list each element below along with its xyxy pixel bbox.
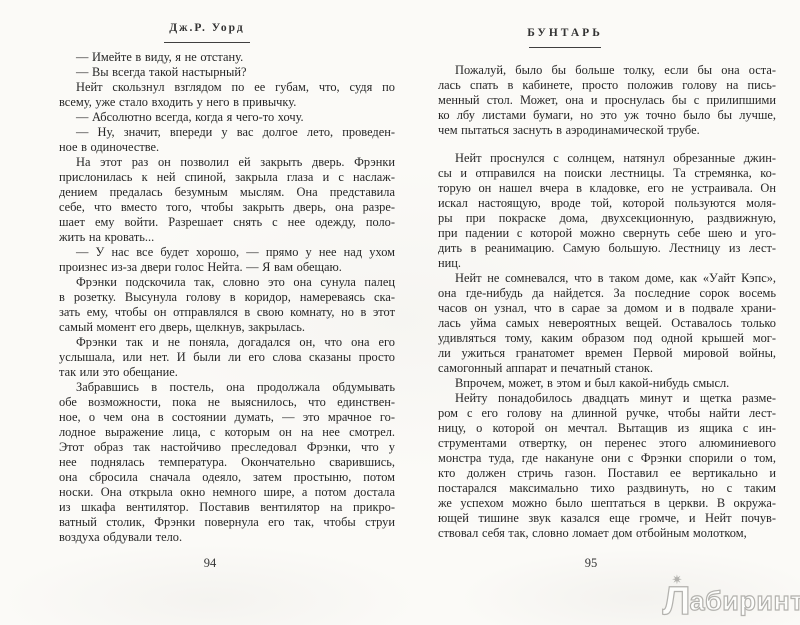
text-line: жить на кровать...	[59, 230, 395, 245]
text-line: Нейт скользнул взглядом по ее губам, что…	[59, 80, 395, 95]
text-line: удивляться тому, каким образом под одной…	[438, 331, 776, 346]
text-line: Забравшись в постель, она продолжала обд…	[59, 380, 395, 395]
text-line: ром с его голову на длинной ручке, чтобы…	[438, 406, 776, 421]
text-line: Пожалуй, было бы больше толку, если бы о…	[438, 63, 776, 78]
page-number: 95	[422, 556, 760, 571]
text-line: Нейт не сомневался, что в таком доме, ка…	[438, 271, 776, 286]
text-line: ли ужиться гранатомет времен Первой миро…	[438, 346, 776, 361]
header-rule	[529, 47, 601, 48]
paragraph: Нейту понадобилось двадцать минут и щетк…	[438, 391, 776, 541]
text-line: ницу, о которой он мечтал. Вытащив из ящ…	[438, 421, 776, 436]
text-line: зать ему, чтобы он отправлялся в свою ко…	[59, 305, 395, 320]
text-line: ватный столик, Фрэнки повернула его так,…	[59, 515, 395, 530]
paragraph: Нейт скользнул взглядом по ее губам, что…	[59, 80, 395, 110]
body-text: Пожалуй, было бы больше толку, если бы о…	[438, 63, 776, 541]
text-line: из шкафа вентилятор. Поставив вентилятор…	[59, 500, 395, 515]
text-line: ниц.	[438, 256, 776, 271]
text-line: струментами отвертку, он перенес этого а…	[438, 436, 776, 451]
header-rule	[164, 42, 250, 43]
book-spread: Дж.Р. Уорд — Имейте в виду, я не отстану…	[0, 0, 800, 625]
text-line: Впрочем, может, в этом и был какой-нибуд…	[438, 376, 776, 391]
running-head-title: БУНТАРЬ	[396, 27, 734, 39]
paragraph: Впрочем, может, в этом и был какой-нибуд…	[438, 376, 776, 391]
paragraph: На этот раз он позволил ей закрыть дверь…	[59, 155, 395, 245]
paragraph: Фрэнки так и не поняла, догадался он, чт…	[59, 335, 395, 380]
text-line: произнес из-за двери голос Нейта. — Я ва…	[59, 260, 395, 275]
text-line: же успехом можно было шептаться в церкви…	[438, 496, 776, 511]
text-line: Фрэнки так и не поняла, догадался он, чт…	[59, 335, 395, 350]
text-line: прислонилась к ней спиной, закрыла глаза…	[59, 170, 395, 185]
text-line: Фрэнки подскочила так, словно это она су…	[59, 275, 395, 290]
text-line: себе, что вместо того, чтобы закрыть две…	[59, 200, 395, 215]
text-line: сы и отправился на поиски лестницы. Та с…	[438, 166, 776, 181]
text-line: — Ну, значит, впереди у вас долгое лето,…	[59, 125, 395, 140]
text-line: монстра туда, где накануне они с Фрэнки …	[438, 451, 776, 466]
text-line: воздуха обдували тело.	[59, 530, 395, 545]
paragraph: — У нас все будет хорошо, — прямо у нее …	[59, 245, 395, 275]
text-line: лась спать в кабинете, просто положив го…	[438, 78, 776, 93]
text-line: шает ему войти. Разрешает снять с нее од…	[59, 215, 395, 230]
paragraph: Нейт проснулся с солнцем, натянул обреза…	[438, 151, 776, 271]
text-line: нее поднялась температура. Окончательно …	[59, 455, 395, 470]
text-line: постарался максимально тихо раздвинуть, …	[438, 481, 776, 496]
text-line: часов он узнал, что в сарае за домом и в…	[438, 301, 776, 316]
paragraph: — Абсолютно всегда, когда я чего-то хочу…	[59, 110, 395, 125]
text-line: самый момент его дверь, щелкнув, закрыла…	[59, 320, 395, 335]
body-text: — Имейте в виду, я не отстану.— Вы всегд…	[59, 50, 395, 545]
running-head-author: Дж.Р. Уорд	[39, 22, 375, 34]
text-line: ющей тишине звук казался еще громче, и Н…	[438, 511, 776, 526]
text-line: лодное выражение лица, с которым он на н…	[59, 425, 395, 440]
paragraph: — Имейте в виду, я не отстану.	[59, 50, 395, 65]
text-line: ко лбу листами бумаги, но это уж точно б…	[438, 108, 776, 123]
text-line: услышала, или нет. И были ли его слова с…	[59, 350, 395, 365]
text-line: в розетку. Высунула голову в коридор, на…	[59, 290, 395, 305]
text-line: лась уйма самых невероятных вещей. Остав…	[438, 316, 776, 331]
text-line: Этот образ так настойчиво преследовал Фр…	[59, 440, 395, 455]
text-line: искал настоящую, вроде той, которой поль…	[438, 196, 776, 211]
page-number: 94	[42, 556, 378, 571]
text-line: самогонный аппарат и печатный станок.	[438, 361, 776, 376]
text-line: — Имейте в виду, я не отстану.	[59, 50, 395, 65]
text-line: торую он нашел вчера в кладовке, его не …	[438, 181, 776, 196]
text-line: — У нас все будет хорошо, — прямо у нее …	[59, 245, 395, 260]
text-line: она где-нибудь да найдется. За последние…	[438, 286, 776, 301]
text-line: ное, о чем она в состоянии думать, — это…	[59, 410, 395, 425]
text-line: так или это обещание.	[59, 365, 395, 380]
text-line: чем пытаться заснуть в аэродинамической …	[438, 123, 776, 138]
text-line: — Абсолютно всегда, когда я чего-то хочу…	[59, 110, 395, 125]
sparkle-icon: ✷	[672, 573, 682, 586]
text-line: ры при покраске дома, двухсекционную, ра…	[438, 211, 776, 226]
text-line: ное в одиночестве.	[59, 140, 395, 155]
labirint-logo-icon: ✷Л	[663, 581, 690, 621]
text-line: кто должен стричь газон. Поставил ее вер…	[438, 466, 776, 481]
right-page: БУНТАРЬ Пожалуй, было бы больше толку, е…	[438, 0, 776, 625]
left-page: Дж.Р. Уорд — Имейте в виду, я не отстану…	[59, 0, 395, 625]
text-line: — Вы всегда такой настырный?	[59, 65, 395, 80]
text-line: Нейту понадобилось двадцать минут и щетк…	[438, 391, 776, 406]
text-line: носки. Она открыла окно немного шире, а …	[59, 485, 395, 500]
watermark-text: абиринт	[690, 586, 800, 616]
text-line: дить в реанимацию. Самую большую. Лестни…	[438, 241, 776, 256]
text-line: при падении с которой можно свернуть себ…	[438, 226, 776, 241]
paragraph: Забравшись в постель, она продолжала обд…	[59, 380, 395, 545]
text-line: обе возможности, пока не выяснилось, что…	[59, 395, 395, 410]
text-line: она сбросила сначала одеяло, затем прост…	[59, 470, 395, 485]
paragraph: — Ну, значит, впереди у вас долгое лето,…	[59, 125, 395, 155]
paragraph: Фрэнки подскочила так, словно это она су…	[59, 275, 395, 335]
text-line: На этот раз он позволил ей закрыть дверь…	[59, 155, 395, 170]
paragraph: Пожалуй, было бы больше толку, если бы о…	[438, 63, 776, 138]
labirint-watermark: ✷Лабиринт	[663, 581, 800, 621]
text-line: Нейт проснулся с солнцем, натянул обреза…	[438, 151, 776, 166]
text-line: всему, уже стало входить у него в привыч…	[59, 95, 395, 110]
text-line: менный стол. Может, она и проснулась бы …	[438, 93, 776, 108]
paragraph: — Вы всегда такой настырный?	[59, 65, 395, 80]
text-line: ствовал себя так, словно ломает дом отбо…	[438, 526, 776, 541]
text-line: дением предалась безумным мыслям. Она пр…	[59, 185, 395, 200]
paragraph: Нейт не сомневался, что в таком доме, ка…	[438, 271, 776, 376]
